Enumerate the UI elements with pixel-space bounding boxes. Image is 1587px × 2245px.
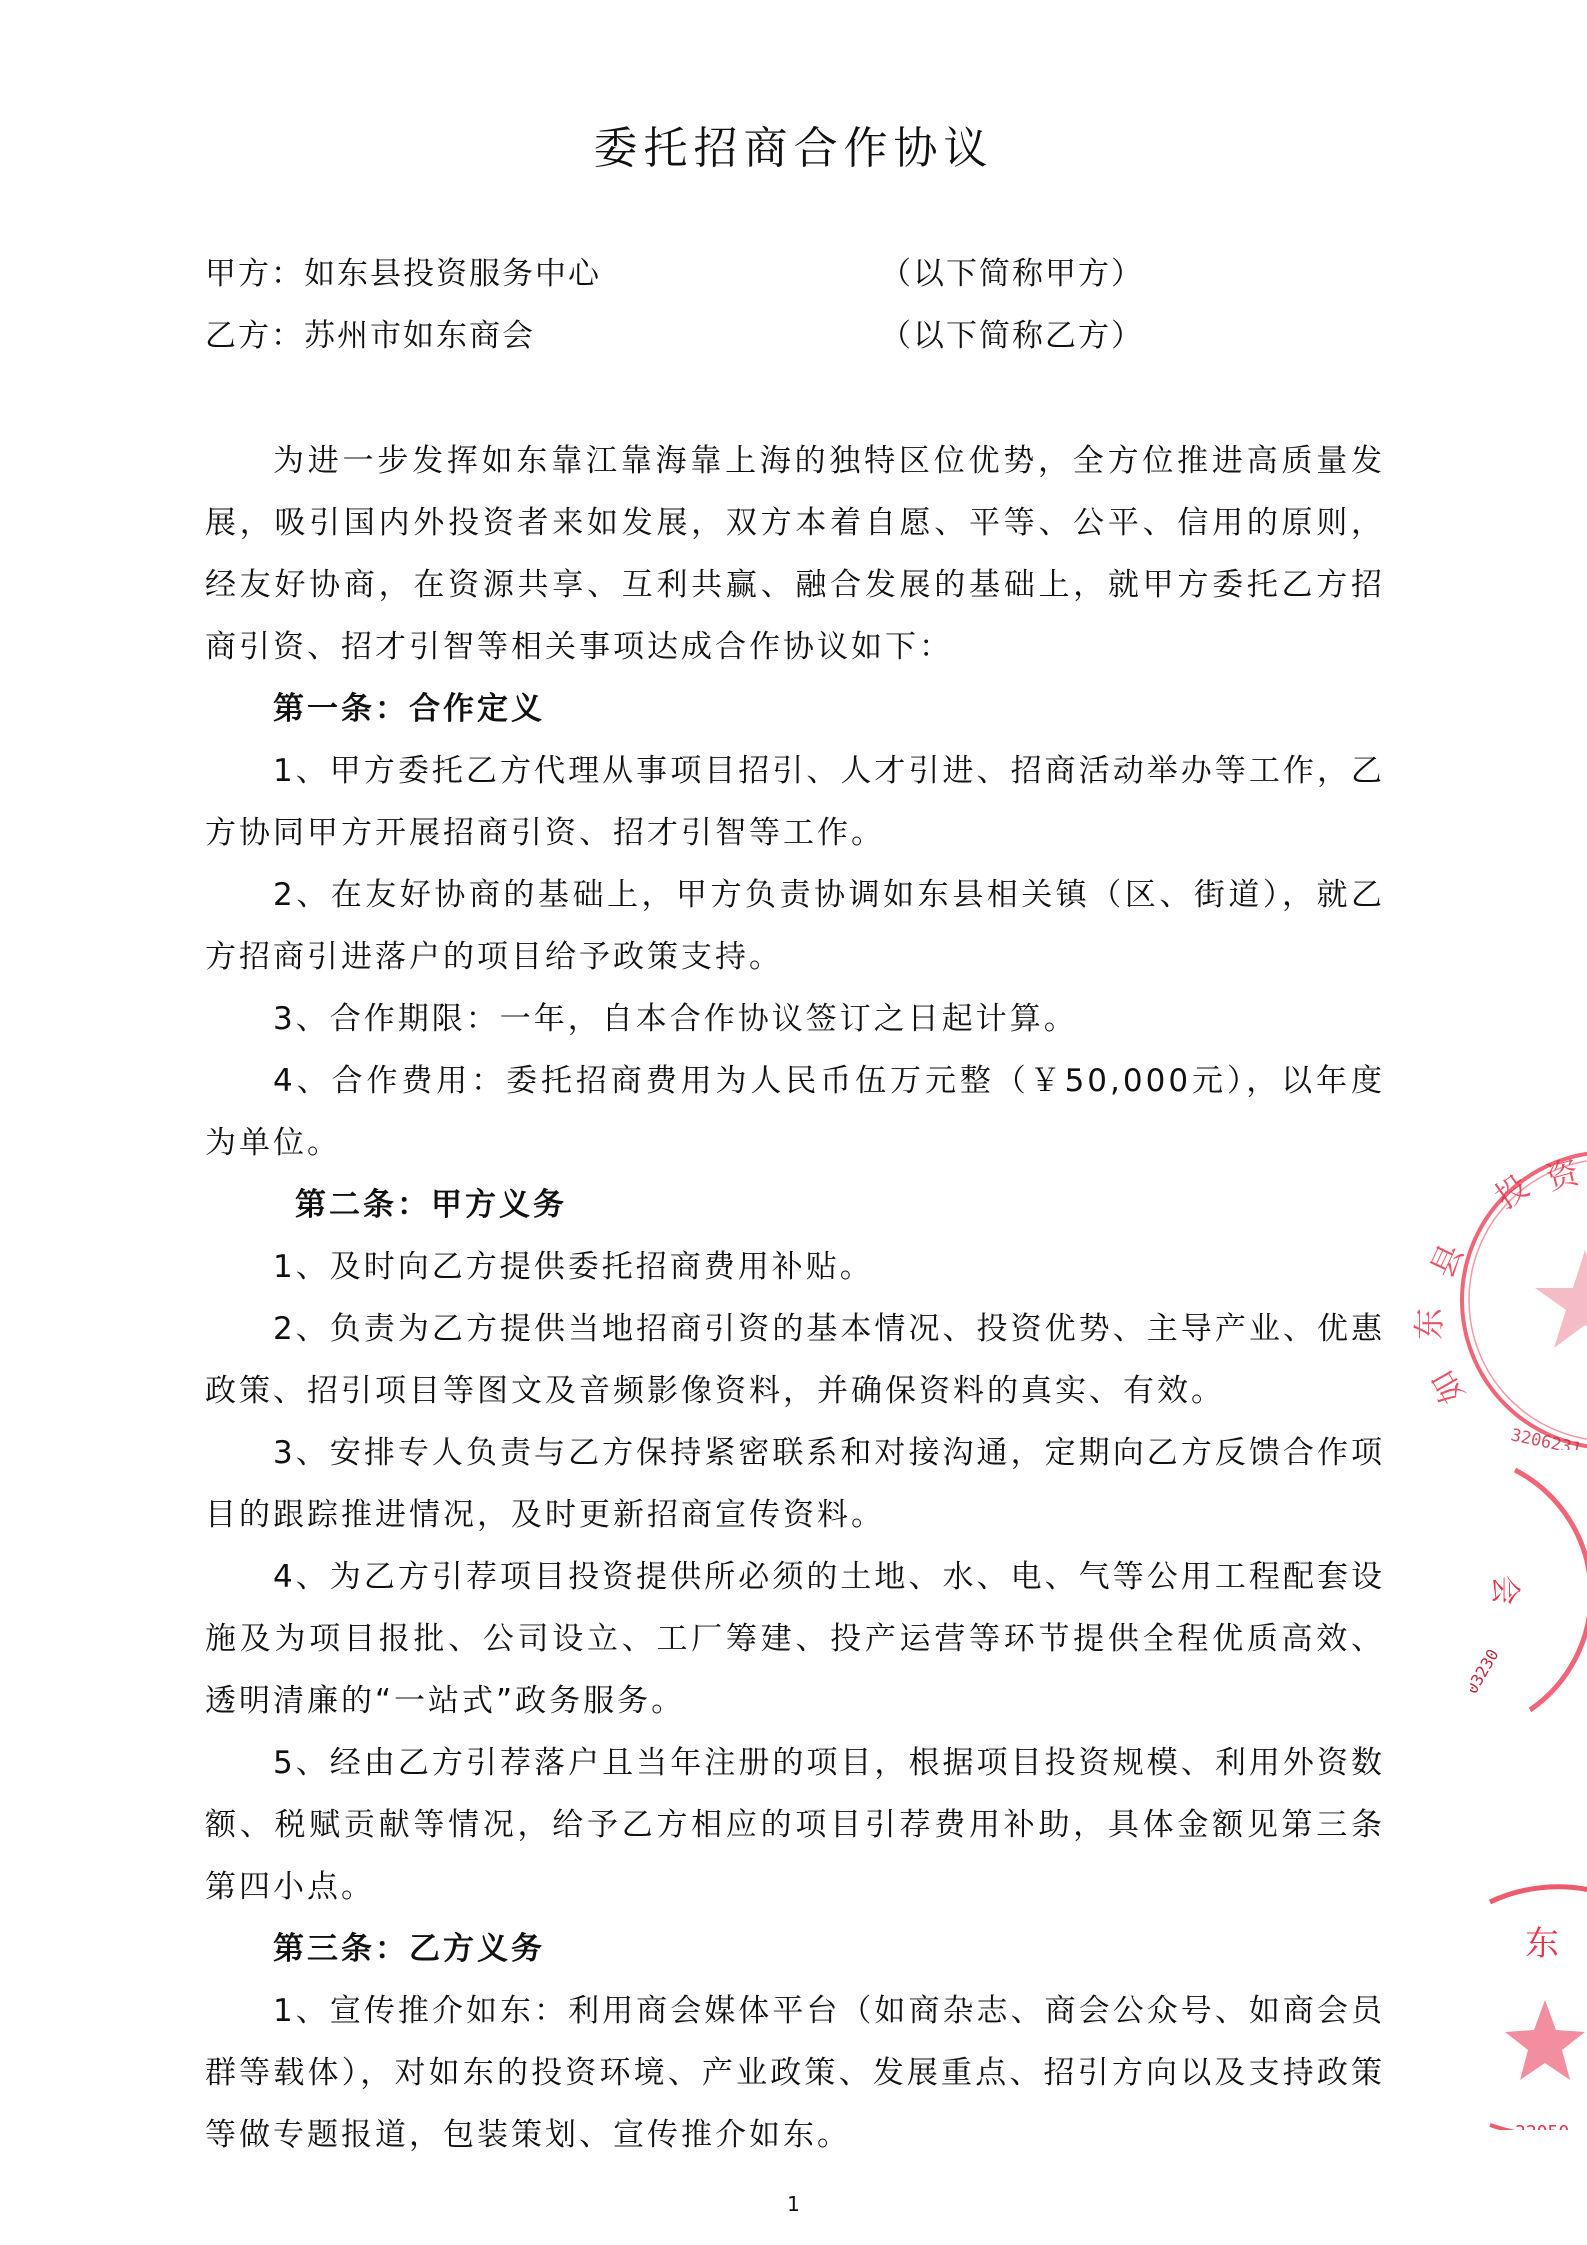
party-b-abbreviation: （以下简称乙方） <box>880 310 1144 355</box>
article-3-heading: 第三条：乙方义务 <box>205 1918 1385 1980</box>
svg-text:3206231: 3206231 <box>1509 1425 1583 1450</box>
official-seal-3: 东 32050 <box>1480 1880 1587 2130</box>
party-b: 乙方：苏州市如东商会 （以下简称乙方） <box>205 310 535 355</box>
article-2-clause-3: 3、安排专人负责与乙方保持紧密联系和对接沟通，定期向乙方反馈合作项目的跟踪推进情… <box>205 1422 1385 1546</box>
svg-text:资: 资 <box>1542 1152 1584 1197</box>
star-icon <box>1535 1250 1587 1348</box>
party-a-label: 甲方：如东县投资服务中心 <box>205 256 601 292</box>
article-1-clause-4: 4、合作费用：委托招商费用为人民币伍万元整（￥50,000元），以年度为单位。 <box>205 1050 1385 1174</box>
document-title: 委托招商合作协议 <box>0 112 1587 176</box>
article-2-heading: 第二条：甲方义务 <box>205 1174 1385 1236</box>
article-1-heading: 第一条：合作定义 <box>205 678 1385 740</box>
official-seal-2: 会 03230 <box>1470 1460 1587 1720</box>
article-1-clause-1: 1、甲方委托乙方代理从事项目招引、人才引进、招商活动举办等工作，乙方协同甲方开展… <box>205 740 1385 864</box>
document-page: 委托招商合作协议 甲方：如东县投资服务中心 （以下简称甲方） 乙方：苏州市如东商… <box>0 0 1587 2245</box>
article-2-clause-5: 5、经由乙方引荐落户且当年注册的项目，根据项目投资规模、利用外资数额、税赋贡献等… <box>205 1732 1385 1918</box>
page-number: 1 <box>0 2192 1587 2216</box>
svg-text:东: 东 <box>1410 1308 1448 1340</box>
article-1-clause-3: 3、合作期限：一年，自本合作协议签订之日起计算。 <box>205 988 1385 1050</box>
star-icon <box>1505 2000 1585 2080</box>
official-seal-1: 投 资 县 东 如 3206231 <box>1405 1150 1587 1450</box>
article-2-clause-4: 4、为乙方引荐项目投资提供所必须的土地、水、电、气等公用工程配套设施及为项目报批… <box>205 1546 1385 1732</box>
svg-text:如: 如 <box>1423 1363 1472 1410</box>
svg-text:东: 东 <box>1525 1924 1559 1964</box>
article-2-clause-1: 1、及时向乙方提供委托招商费用补贴。 <box>205 1236 1385 1298</box>
article-3-clause-1: 1、宣传推介如东：利用商会媒体平台（如商杂志、商会公众号、如商会员群等载体），对… <box>205 1980 1385 2166</box>
preamble-paragraph: 为进一步发挥如东靠江靠海靠上海的独特区位优势，全方位推进高质量发展，吸引国内外投… <box>205 430 1385 678</box>
party-b-label: 乙方：苏州市如东商会 <box>205 318 535 354</box>
party-a: 甲方：如东县投资服务中心 （以下简称甲方） <box>205 248 601 293</box>
svg-text:03230: 03230 <box>1470 1646 1503 1697</box>
agreement-body: 为进一步发挥如东靠江靠海靠上海的独特区位优势，全方位推进高质量发展，吸引国内外投… <box>205 430 1385 2166</box>
article-1-clause-2: 2、在友好协商的基础上，甲方负责协调如东县相关镇（区、街道），就乙方招商引进落户… <box>205 864 1385 988</box>
party-a-abbreviation: （以下简称甲方） <box>880 248 1144 293</box>
article-2-clause-2: 2、负责为乙方提供当地招商引资的基本情况、投资优势、主导产业、优惠政策、招引项目… <box>205 1298 1385 1422</box>
svg-text:会: 会 <box>1487 1575 1522 1605</box>
svg-text:县: 县 <box>1423 1238 1471 1283</box>
svg-text:32050: 32050 <box>1515 2122 1569 2130</box>
svg-text:投: 投 <box>1488 1167 1536 1216</box>
